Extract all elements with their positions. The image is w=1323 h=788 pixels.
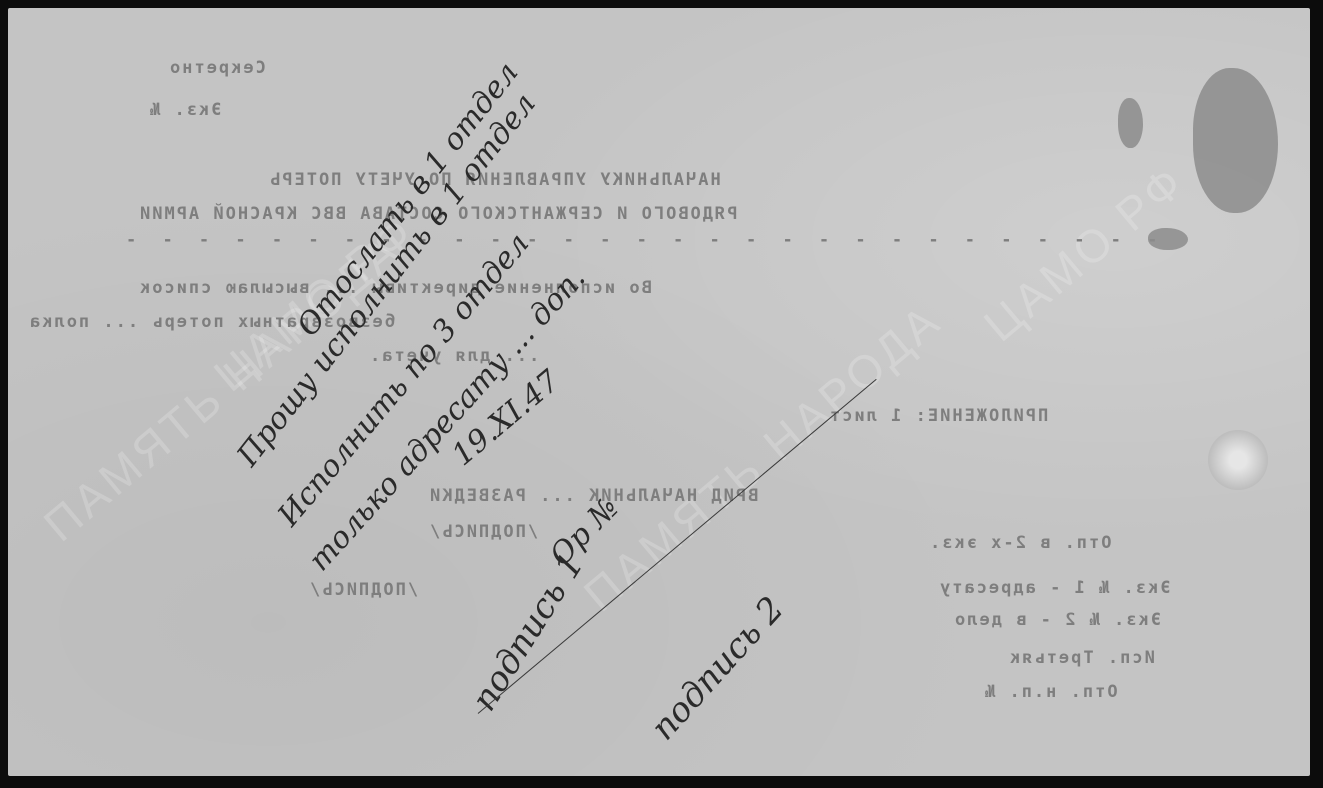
typed-line: - - - - - - - - - - - - - - - - - - - - … [118, 230, 1157, 250]
typed-line: Экз. № [148, 100, 221, 120]
watermark: ЦАМО РФ [973, 153, 1195, 352]
typed-line: Экз. № 1 - адресату [938, 578, 1170, 598]
typed-line: Отп. в 2-х экз. [928, 533, 1112, 553]
punch-hole [1208, 430, 1268, 490]
stain [1118, 98, 1143, 148]
pen-stroke [478, 379, 877, 714]
document-sheet: ПАМЯТЬ НАРОДА ЦАМО РФ ПАМЯТЬ НАРОДА ЦАМО… [8, 8, 1310, 776]
typed-line: /ПОДПИСЬ/ [308, 580, 418, 600]
watermark: ПАМЯТЬ НАРОДА [573, 292, 951, 622]
typed-line: Исп. Третьяк [1008, 648, 1155, 668]
stain [1193, 68, 1278, 213]
typed-line: /ПОДПИСЬ/ [428, 522, 538, 542]
typed-line: Экз. № 2 - в дело [953, 610, 1161, 630]
signature: подпись 2 [643, 589, 792, 748]
stain [1148, 228, 1188, 250]
typed-line: Секретно [168, 58, 266, 78]
typed-line: НАЧАЛЬНИКУ УПРАВЛЕНИЯ ПО УЧЕТУ ПОТЕРЬ [268, 170, 721, 190]
typed-line: Отп. н.п. № [983, 682, 1118, 702]
typed-line: ПРИЛОЖЕНИЕ: 1 лист [828, 406, 1048, 426]
